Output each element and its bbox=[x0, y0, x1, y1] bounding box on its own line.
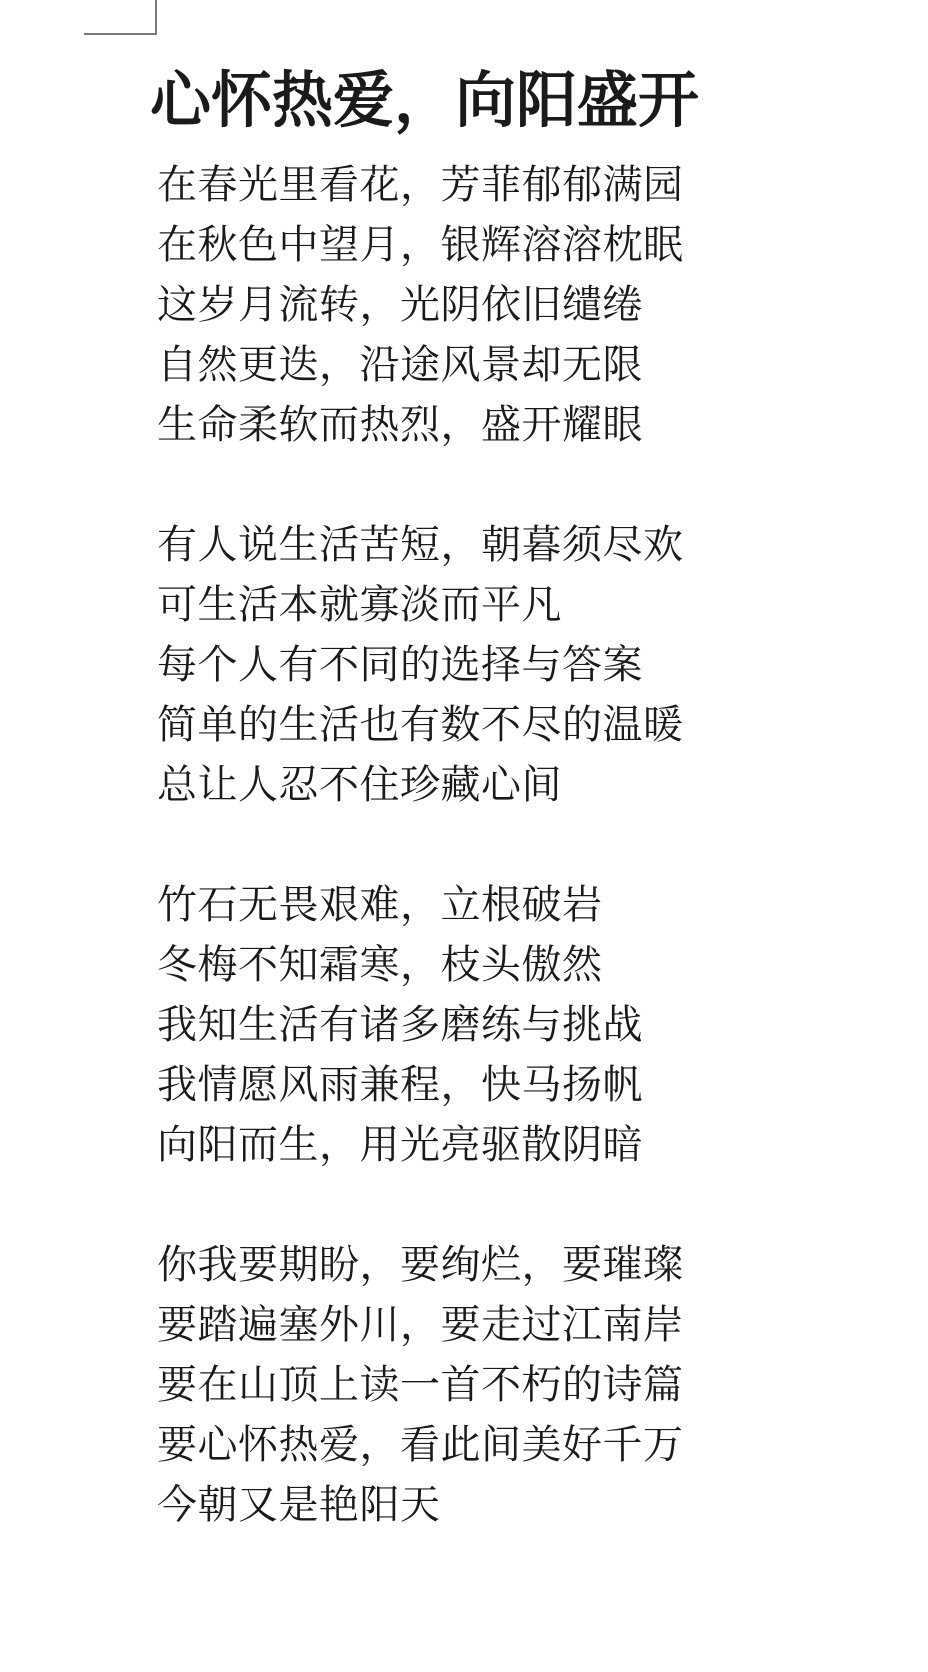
stanza: 竹石无畏艰难，立根破岩冬梅不知霜寒，枝头傲然我知生活有诸多磨练与挑战我情愿风雨兼… bbox=[157, 875, 684, 1175]
poem-line: 向阳而生，用光亮驱散阴暗 bbox=[157, 1115, 684, 1175]
poem-line: 要在山顶上读一首不朽的诗篇 bbox=[157, 1355, 684, 1415]
document-page: 心怀热爱，向阳盛开 在春光里看花，芳菲郁郁满园在秋色中望月，银辉溶溶枕眠这岁月流… bbox=[0, 0, 928, 1672]
poem-line: 生命柔软而热烈，盛开耀眼 bbox=[157, 395, 684, 455]
poem-line: 竹石无畏艰难，立根破岩 bbox=[157, 875, 684, 935]
poem-line: 你我要期盼，要绚烂，要璀璨 bbox=[157, 1235, 684, 1295]
poem-line: 在秋色中望月，银辉溶溶枕眠 bbox=[157, 215, 684, 275]
poem-line: 冬梅不知霜寒，枝头傲然 bbox=[157, 935, 684, 995]
poem-title: 心怀热爱，向阳盛开 bbox=[150, 64, 699, 136]
poem-body: 在春光里看花，芳菲郁郁满园在秋色中望月，银辉溶溶枕眠这岁月流转，光阴依旧缱绻自然… bbox=[157, 155, 684, 1535]
poem-line: 可生活本就寡淡而平凡 bbox=[157, 575, 684, 635]
stanza: 在春光里看花，芳菲郁郁满园在秋色中望月，银辉溶溶枕眠这岁月流转，光阴依旧缱绻自然… bbox=[157, 155, 684, 455]
poem-line: 我知生活有诸多磨练与挑战 bbox=[157, 995, 684, 1055]
poem-line: 这岁月流转，光阴依旧缱绻 bbox=[157, 275, 684, 335]
poem-line: 要踏遍塞外川，要走过江南岸 bbox=[157, 1295, 684, 1355]
poem-line: 今朝又是艳阳天 bbox=[157, 1475, 684, 1535]
poem-line: 自然更迭，沿途风景却无限 bbox=[157, 335, 684, 395]
text-box-corner-outline bbox=[84, 0, 157, 35]
poem-line: 要心怀热爱，看此间美好千万 bbox=[157, 1415, 684, 1475]
poem-line: 简单的生活也有数不尽的温暖 bbox=[157, 695, 684, 755]
stanza: 你我要期盼，要绚烂，要璀璨要踏遍塞外川，要走过江南岸要在山顶上读一首不朽的诗篇要… bbox=[157, 1235, 684, 1535]
poem-line: 每个人有不同的选择与答案 bbox=[157, 635, 684, 695]
poem-line: 我情愿风雨兼程，快马扬帆 bbox=[157, 1055, 684, 1115]
poem-line: 总让人忍不住珍藏心间 bbox=[157, 755, 684, 815]
poem-line: 在春光里看花，芳菲郁郁满园 bbox=[157, 155, 684, 215]
stanza: 有人说生活苦短，朝暮须尽欢可生活本就寡淡而平凡每个人有不同的选择与答案简单的生活… bbox=[157, 515, 684, 815]
poem-line: 有人说生活苦短，朝暮须尽欢 bbox=[157, 515, 684, 575]
